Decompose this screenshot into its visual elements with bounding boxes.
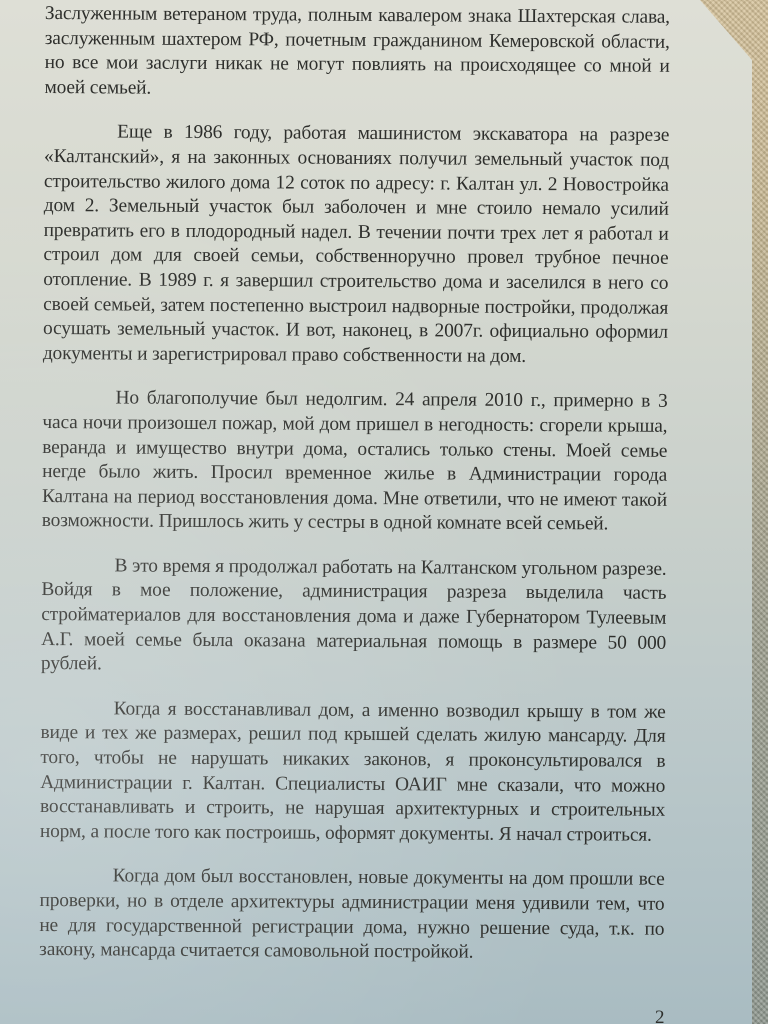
paragraph-5: Когда я восстанавливал дом, а именно воз… <box>40 697 666 848</box>
paragraph-4: В это время я продолжал работать на Калт… <box>41 554 667 681</box>
paragraph-6: Когда дом был восстановлен, новые докуме… <box>39 864 665 966</box>
paragraph-2: Еще в 1986 году, работая машинистом экск… <box>43 120 669 370</box>
paragraph-3: Но благополучие был недолгим. 24 апреля … <box>42 386 668 537</box>
document-page: Заслуженным ветераном труда, полным кава… <box>0 0 752 1024</box>
page-number: 2 <box>655 1007 665 1024</box>
paragraph-1: Заслуженным ветераном труда, полным кава… <box>44 2 670 104</box>
document-body: Заслуженным ветераном труда, полным кава… <box>39 2 670 987</box>
